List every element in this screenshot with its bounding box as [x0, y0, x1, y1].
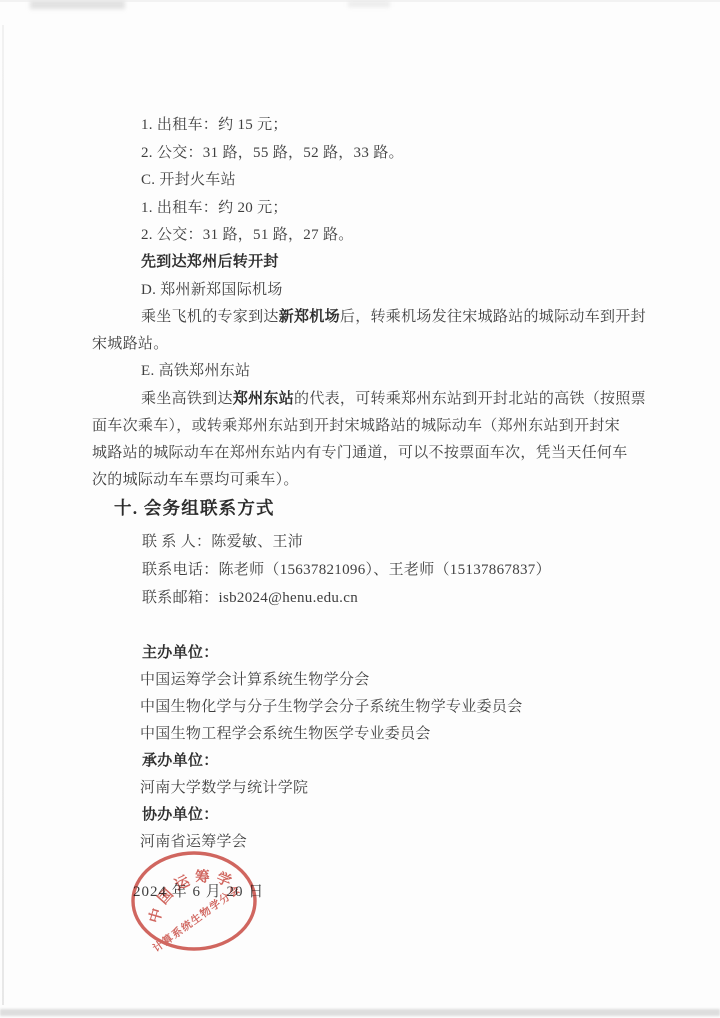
airport-p1-bold: 新郑机场	[279, 309, 340, 325]
east-p-post: 的代表，可转乘郑州东站到开封北站的高铁（按照票	[294, 391, 646, 407]
host-unit-2: 中国生物化学与分子生物学会分子系统生物学专业委员会	[140, 699, 523, 715]
contact-email-line: 联系邮箱：isb2024@henu.edu.cn	[142, 590, 358, 606]
co-organizer-label: 协办单位：	[142, 807, 219, 823]
contact-phone-line: 联系电话：陈老师（15637821096）、王老师（15137867837）	[142, 562, 551, 578]
contact-person-line: 联 系 人：陈爱敏、王沛	[142, 534, 303, 550]
scan-smudge-top-right	[348, 1, 390, 7]
co-organizer-1: 河南省运筹学会	[140, 834, 247, 850]
east-station-item-title: E. 高铁郑州东站	[141, 363, 250, 379]
scan-edge-left	[2, 25, 4, 1005]
undertaking-unit-1: 河南大学数学与统计学院	[140, 780, 308, 796]
zhengzhou-transfer-heading: 先到达郑州后转开封	[141, 254, 279, 270]
taxi-fare-line-2: 1. 出租车：约 20 元；	[141, 200, 288, 216]
scan-smudge-top-left	[30, 0, 125, 9]
airport-p1-pre: 乘坐飞机的专家到达	[141, 309, 279, 325]
bus-routes-line-1: 2. 公交：31 路，55 路，52 路，33 路。	[141, 145, 404, 161]
east-station-paragraph-line-4: 次的城际动车车票均可乘车）。	[92, 472, 299, 488]
east-station-paragraph-line-1: 乘坐高铁到达郑州东站的代表，可转乘郑州东站到开封北站的高铁（按照票	[141, 391, 646, 407]
undertaking-unit-label: 承办单位：	[142, 753, 219, 769]
airport-item-title: D. 郑州新郑国际机场	[141, 282, 283, 298]
scan-edge-top	[0, 0, 720, 2]
kaifeng-railway-station-item: C. 开封火车站	[141, 172, 236, 188]
airport-p1-post: 后，转乘机场发往宋城路站的城际动车到开封	[340, 309, 646, 325]
official-seal-stamp: 中国运筹学会 计算系统生物学分会	[127, 849, 261, 957]
host-unit-3: 中国生物工程学会系统生物医学专业委员会	[140, 726, 431, 742]
east-station-paragraph-line-2: 面车次乘车），或转乘郑州东站到开封宋城路站的城际动车（郑州东站到开封宋	[92, 418, 620, 434]
host-units-label: 主办单位：	[142, 645, 219, 661]
airport-paragraph-line-1: 乘坐飞机的专家到达新郑机场后，转乘机场发往宋城路站的城际动车到开封	[141, 309, 646, 325]
east-station-paragraph-line-3: 城路站的城际动车在郑州东站内有专门通道，可以不按票面车次，凭当天任何车	[92, 445, 628, 461]
seal-ring-circle	[133, 853, 255, 949]
contact-section-heading: 十. 会务组联系方式	[114, 500, 275, 516]
bus-routes-line-2: 2. 公交：31 路，51 路，27 路。	[141, 227, 354, 243]
scan-edge-bottom	[0, 1009, 720, 1016]
document-page: 1. 出租车：约 15 元； 2. 公交：31 路，55 路，52 路，33 路…	[0, 0, 720, 1018]
host-unit-1: 中国运筹学会计算系统生物学分会	[140, 672, 370, 688]
east-p-bold: 郑州东站	[233, 391, 294, 407]
east-p-pre: 乘坐高铁到达	[141, 391, 233, 407]
airport-paragraph-line-2: 宋城路站。	[92, 336, 169, 352]
taxi-fare-line-1: 1. 出租车：约 15 元；	[141, 117, 288, 133]
